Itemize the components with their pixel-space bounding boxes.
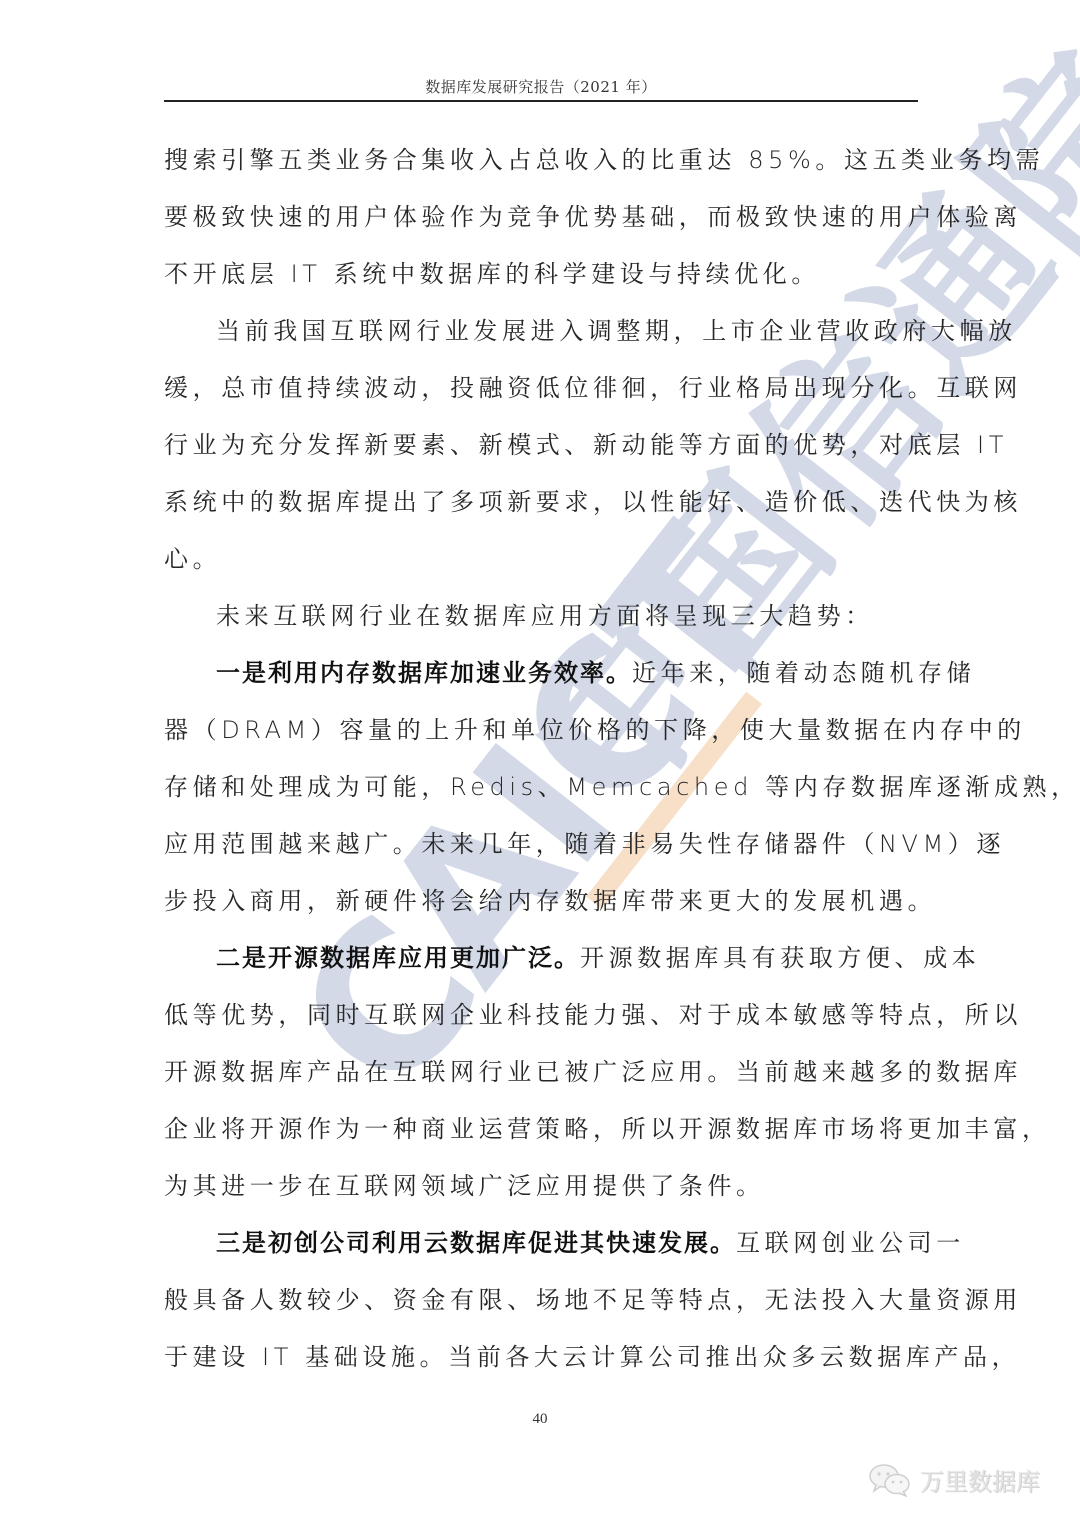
text-line: 要极致快速的用户体验作为竞争优势基础，而极致快速的用户体验离	[164, 197, 920, 254]
text-line: 步投入商用，新硬件将会给内存数据库带来更大的发展机遇。	[164, 881, 920, 938]
document-page: CAICT 中国信通院 数据库发展研究报告（2021 年） 搜索引擎五类业务合集…	[0, 0, 1080, 1528]
text-line: 低等优势，同时互联网企业科技能力强、对于成本敏感等特点，所以	[164, 995, 920, 1052]
text-line: 不开底层 IT 系统中数据库的科学建设与持续优化。	[164, 254, 920, 311]
trend-three-heading: 三是初创公司利用云数据库促进其快速发展。	[216, 1229, 736, 1257]
text-line: 为其进一步在互联网领域广泛应用提供了条件。	[164, 1166, 920, 1223]
running-header: 数据库发展研究报告（2021 年）	[164, 76, 918, 97]
text-span: 近年来，随着动态随机存储	[632, 659, 975, 687]
text-line: 般具备人数较少、资金有限、场地不足等特点，无法投入大量资源用	[164, 1280, 920, 1337]
text-line: 开源数据库产品在互联网行业已被广泛应用。当前越来越多的数据库	[164, 1052, 920, 1109]
text-line: 当前我国互联网行业发展进入调整期，上市企业营收政府大幅放	[164, 311, 920, 368]
trend-one-heading: 一是利用内存数据库加速业务效率。	[216, 659, 632, 687]
footer-brand: 万里数据库	[868, 1462, 1040, 1497]
text-line: 缓，总市值持续波动，投融资低位徘徊，行业格局出现分化。互联网	[164, 368, 920, 425]
page-number: 40	[0, 1411, 1080, 1428]
text-line: 器（DRAM）容量的上升和单位价格的下降，使大量数据在内存中的	[164, 710, 920, 767]
header-rule	[164, 100, 918, 102]
trend-two-heading: 二是开源数据库应用更加广泛。	[216, 944, 580, 972]
text-line: 应用范围越来越广。未来几年，随着非易失性存储器件（NVM）逐	[164, 824, 920, 881]
text-line: 存储和处理成为可能，Redis、Memcached 等内存数据库逐渐成熟，	[164, 767, 920, 824]
text-line: 搜索引擎五类业务合集收入占总收入的比重达 85%。这五类业务均需	[164, 140, 920, 197]
trend-three-first-line: 三是初创公司利用云数据库促进其快速发展。互联网创业公司一	[164, 1223, 920, 1280]
text-line: 未来互联网行业在数据库应用方面将呈现三大趋势：	[164, 596, 920, 653]
wechat-icon	[868, 1463, 912, 1497]
text-line: 企业将开源作为一种商业运营策略，所以开源数据库市场将更加丰富，	[164, 1109, 920, 1166]
text-line: 系统中的数据库提出了多项新要求，以性能好、造价低、迭代快为核	[164, 482, 920, 539]
text-line: 行业为充分发挥新要素、新模式、新动能等方面的优势，对底层 IT	[164, 425, 920, 482]
text-line: 心。	[164, 539, 920, 596]
trend-two-first-line: 二是开源数据库应用更加广泛。开源数据库具有获取方便、成本	[164, 938, 920, 995]
text-span: 互联网创业公司一	[736, 1229, 965, 1257]
body-text: 搜索引擎五类业务合集收入占总收入的比重达 85%。这五类业务均需 要极致快速的用…	[164, 140, 920, 1394]
footer-brand-label: 万里数据库	[920, 1462, 1040, 1497]
text-line: 于建设 IT 基础设施。当前各大云计算公司推出众多云数据库产品，	[164, 1337, 920, 1394]
text-span: 开源数据库具有获取方便、成本	[580, 944, 980, 972]
trend-one-first-line: 一是利用内存数据库加速业务效率。近年来，随着动态随机存储	[164, 653, 920, 710]
